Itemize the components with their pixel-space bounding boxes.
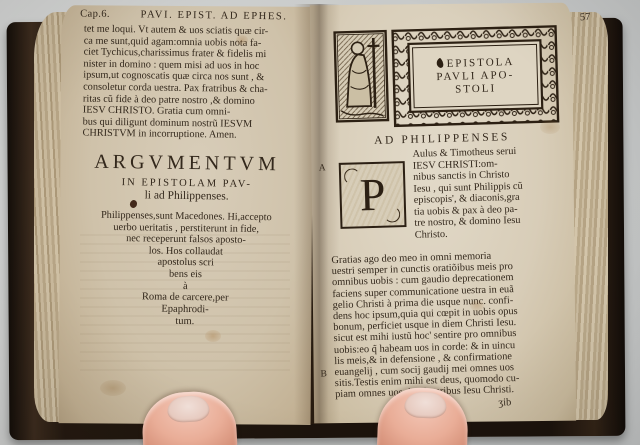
argumentum-colophon: àRoma de carcere,perEpaphrodi-tum. [62, 279, 309, 330]
argumentum-heading: ARGVMENTVM [64, 150, 310, 176]
left-thumbnail [167, 395, 210, 423]
left-page-header: Cap.6. PAVI. EPIST. AD EPHES. [66, 8, 312, 22]
cartouche-line-2: PAVLI APO- [436, 68, 514, 83]
text-line: CHRISTVM in incorruptione. Amen. [82, 128, 310, 143]
left-page-text: Cap.6. PAVI. EPIST. AD EPHES. tet me loq… [62, 8, 312, 329]
fleuron-leaf-icon [434, 57, 445, 68]
chapter-number: Cap.6. [80, 8, 110, 19]
right-page-text: EPISTOLA PAVLI APO- STOLI AD PHILIPPENSE… [312, 3, 575, 414]
ornamental-cartouche: EPISTOLA PAVLI APO- STOLI [391, 25, 560, 128]
margin-letter-a: A [319, 163, 326, 173]
right-page-edges [570, 12, 608, 420]
epistle-paragraph: B Gratias ago deo meo in omni memoriaues… [319, 248, 575, 401]
opening-text-column: Aulus & Timotheus seruiIESV CHRISTI:om-n… [412, 146, 524, 241]
page-number: 57 [580, 12, 591, 24]
drop-cap-letter: P [359, 172, 386, 219]
argumentum-subheading-2: li ad Philippenses. [64, 188, 310, 203]
title-block: EPISTOLA PAVLI APO- STOLI [313, 25, 568, 130]
cartouche-line-3: STOLI [455, 82, 496, 96]
epistle-opening: A P Aulus & Timotheus seruiIESV CHRISTI:… [316, 145, 571, 248]
saint-paul-woodcut-icon [333, 30, 390, 123]
decorated-initial-icon: P [339, 161, 407, 229]
right-thumbnail [404, 391, 447, 418]
running-title: PAVI. EPIST. AD EPHES. [124, 9, 304, 23]
text-line: Christo. [415, 226, 525, 241]
margin-letter-b: B [320, 369, 327, 379]
book-photo: Cap.6. PAVI. EPIST. AD EPHES. tet me loq… [0, 0, 640, 445]
left-body-paragraph: tet me loqui. Vt autem & uos sciatis quæ… [64, 23, 312, 142]
cartouche-title: EPISTOLA PAVLI APO- STOLI [411, 43, 539, 108]
argumentum-paragraph: Philippenses,sunt Macedones. Hi,acceptou… [62, 209, 309, 282]
